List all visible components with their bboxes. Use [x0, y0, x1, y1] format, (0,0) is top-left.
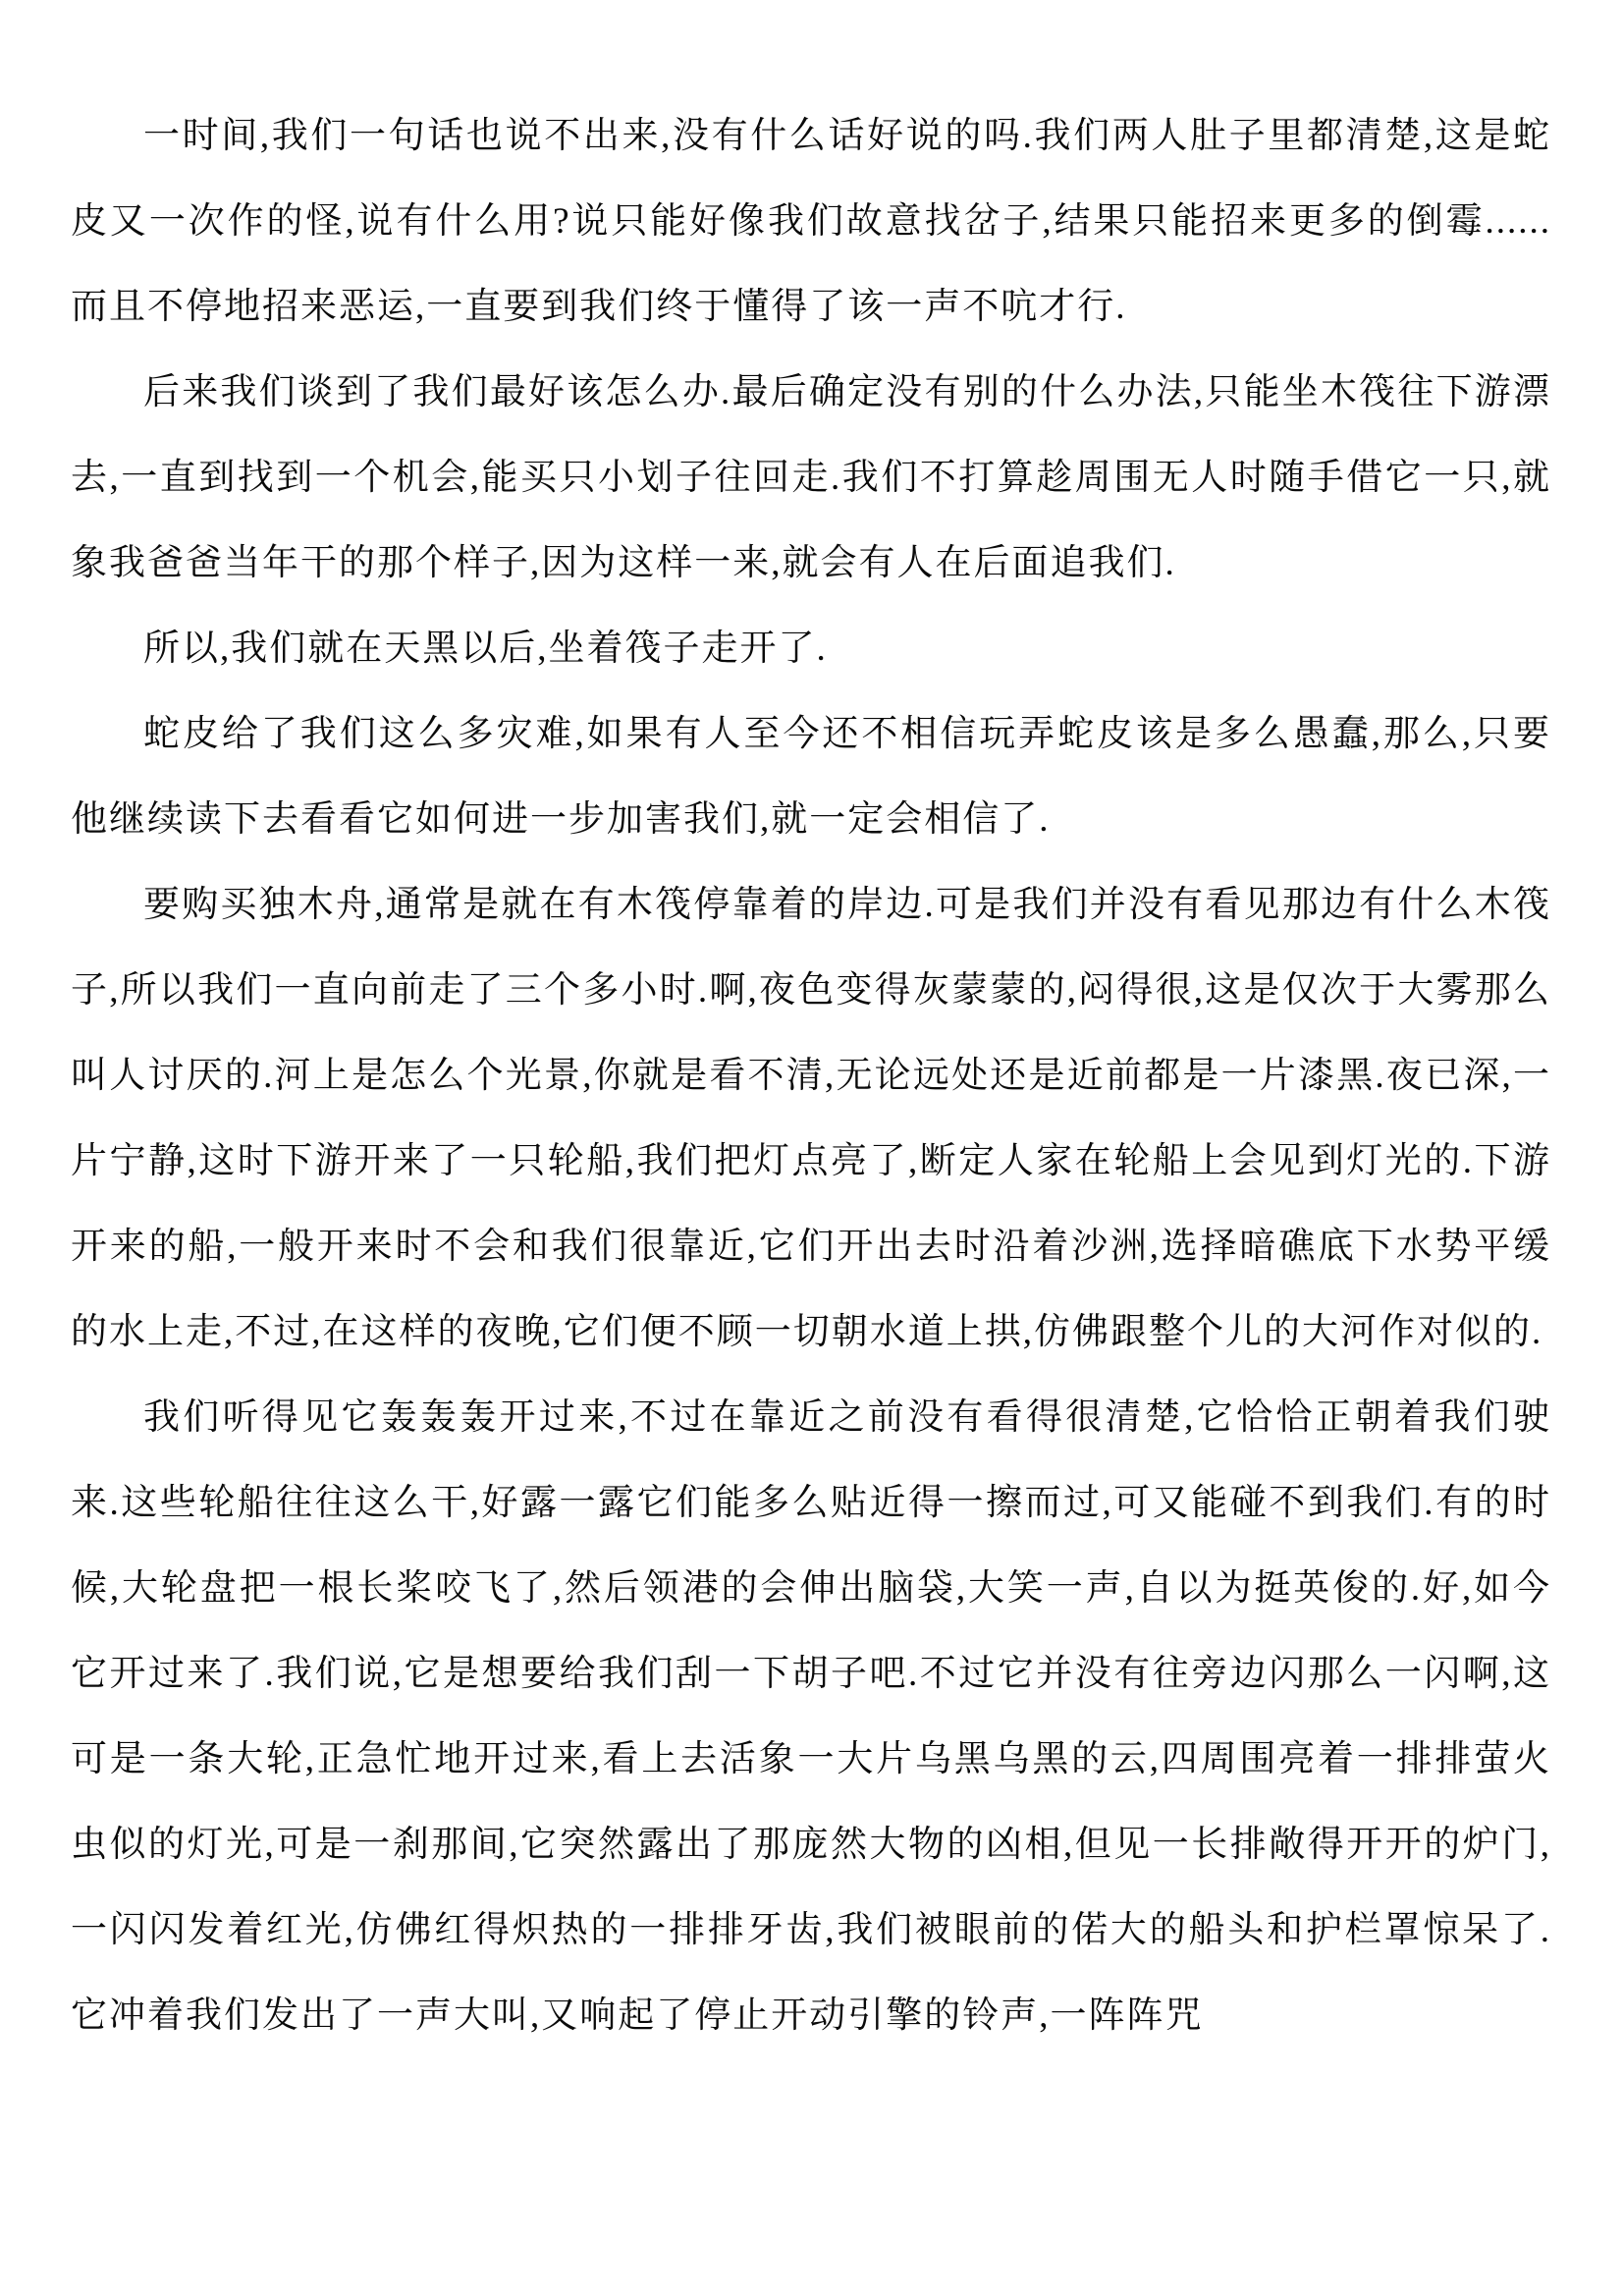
paragraph-3: 所以,我们就在天黑以后,坐着筏子走开了. — [71, 606, 1551, 691]
paragraph-4: 蛇皮给了我们这么多灾难,如果有人至今还不相信玩弄蛇皮该是多么愚蠢,那么,只要他继… — [71, 691, 1551, 862]
paragraph-2: 后来我们谈到了我们最好该怎么办.最后确定没有别的什么办法,只能坐木筏往下游漂去,… — [71, 350, 1551, 606]
paragraph-5: 要购买独木舟,通常是就在有木筏停靠着的岸边.可是我们并没有看见那边有什么木筏子,… — [71, 862, 1551, 1375]
document-page: 一时间,我们一句话也说不出来,没有什么话好说的吗.我们两人肚子里都清楚,这是蛇皮… — [0, 0, 1623, 2296]
paragraph-1: 一时间,我们一句话也说不出来,没有什么话好说的吗.我们两人肚子里都清楚,这是蛇皮… — [71, 93, 1551, 350]
paragraph-6: 我们听得见它轰轰轰开过来,不过在靠近之前没有看得很清楚,它恰恰正朝着我们驶来.这… — [71, 1375, 1551, 2058]
